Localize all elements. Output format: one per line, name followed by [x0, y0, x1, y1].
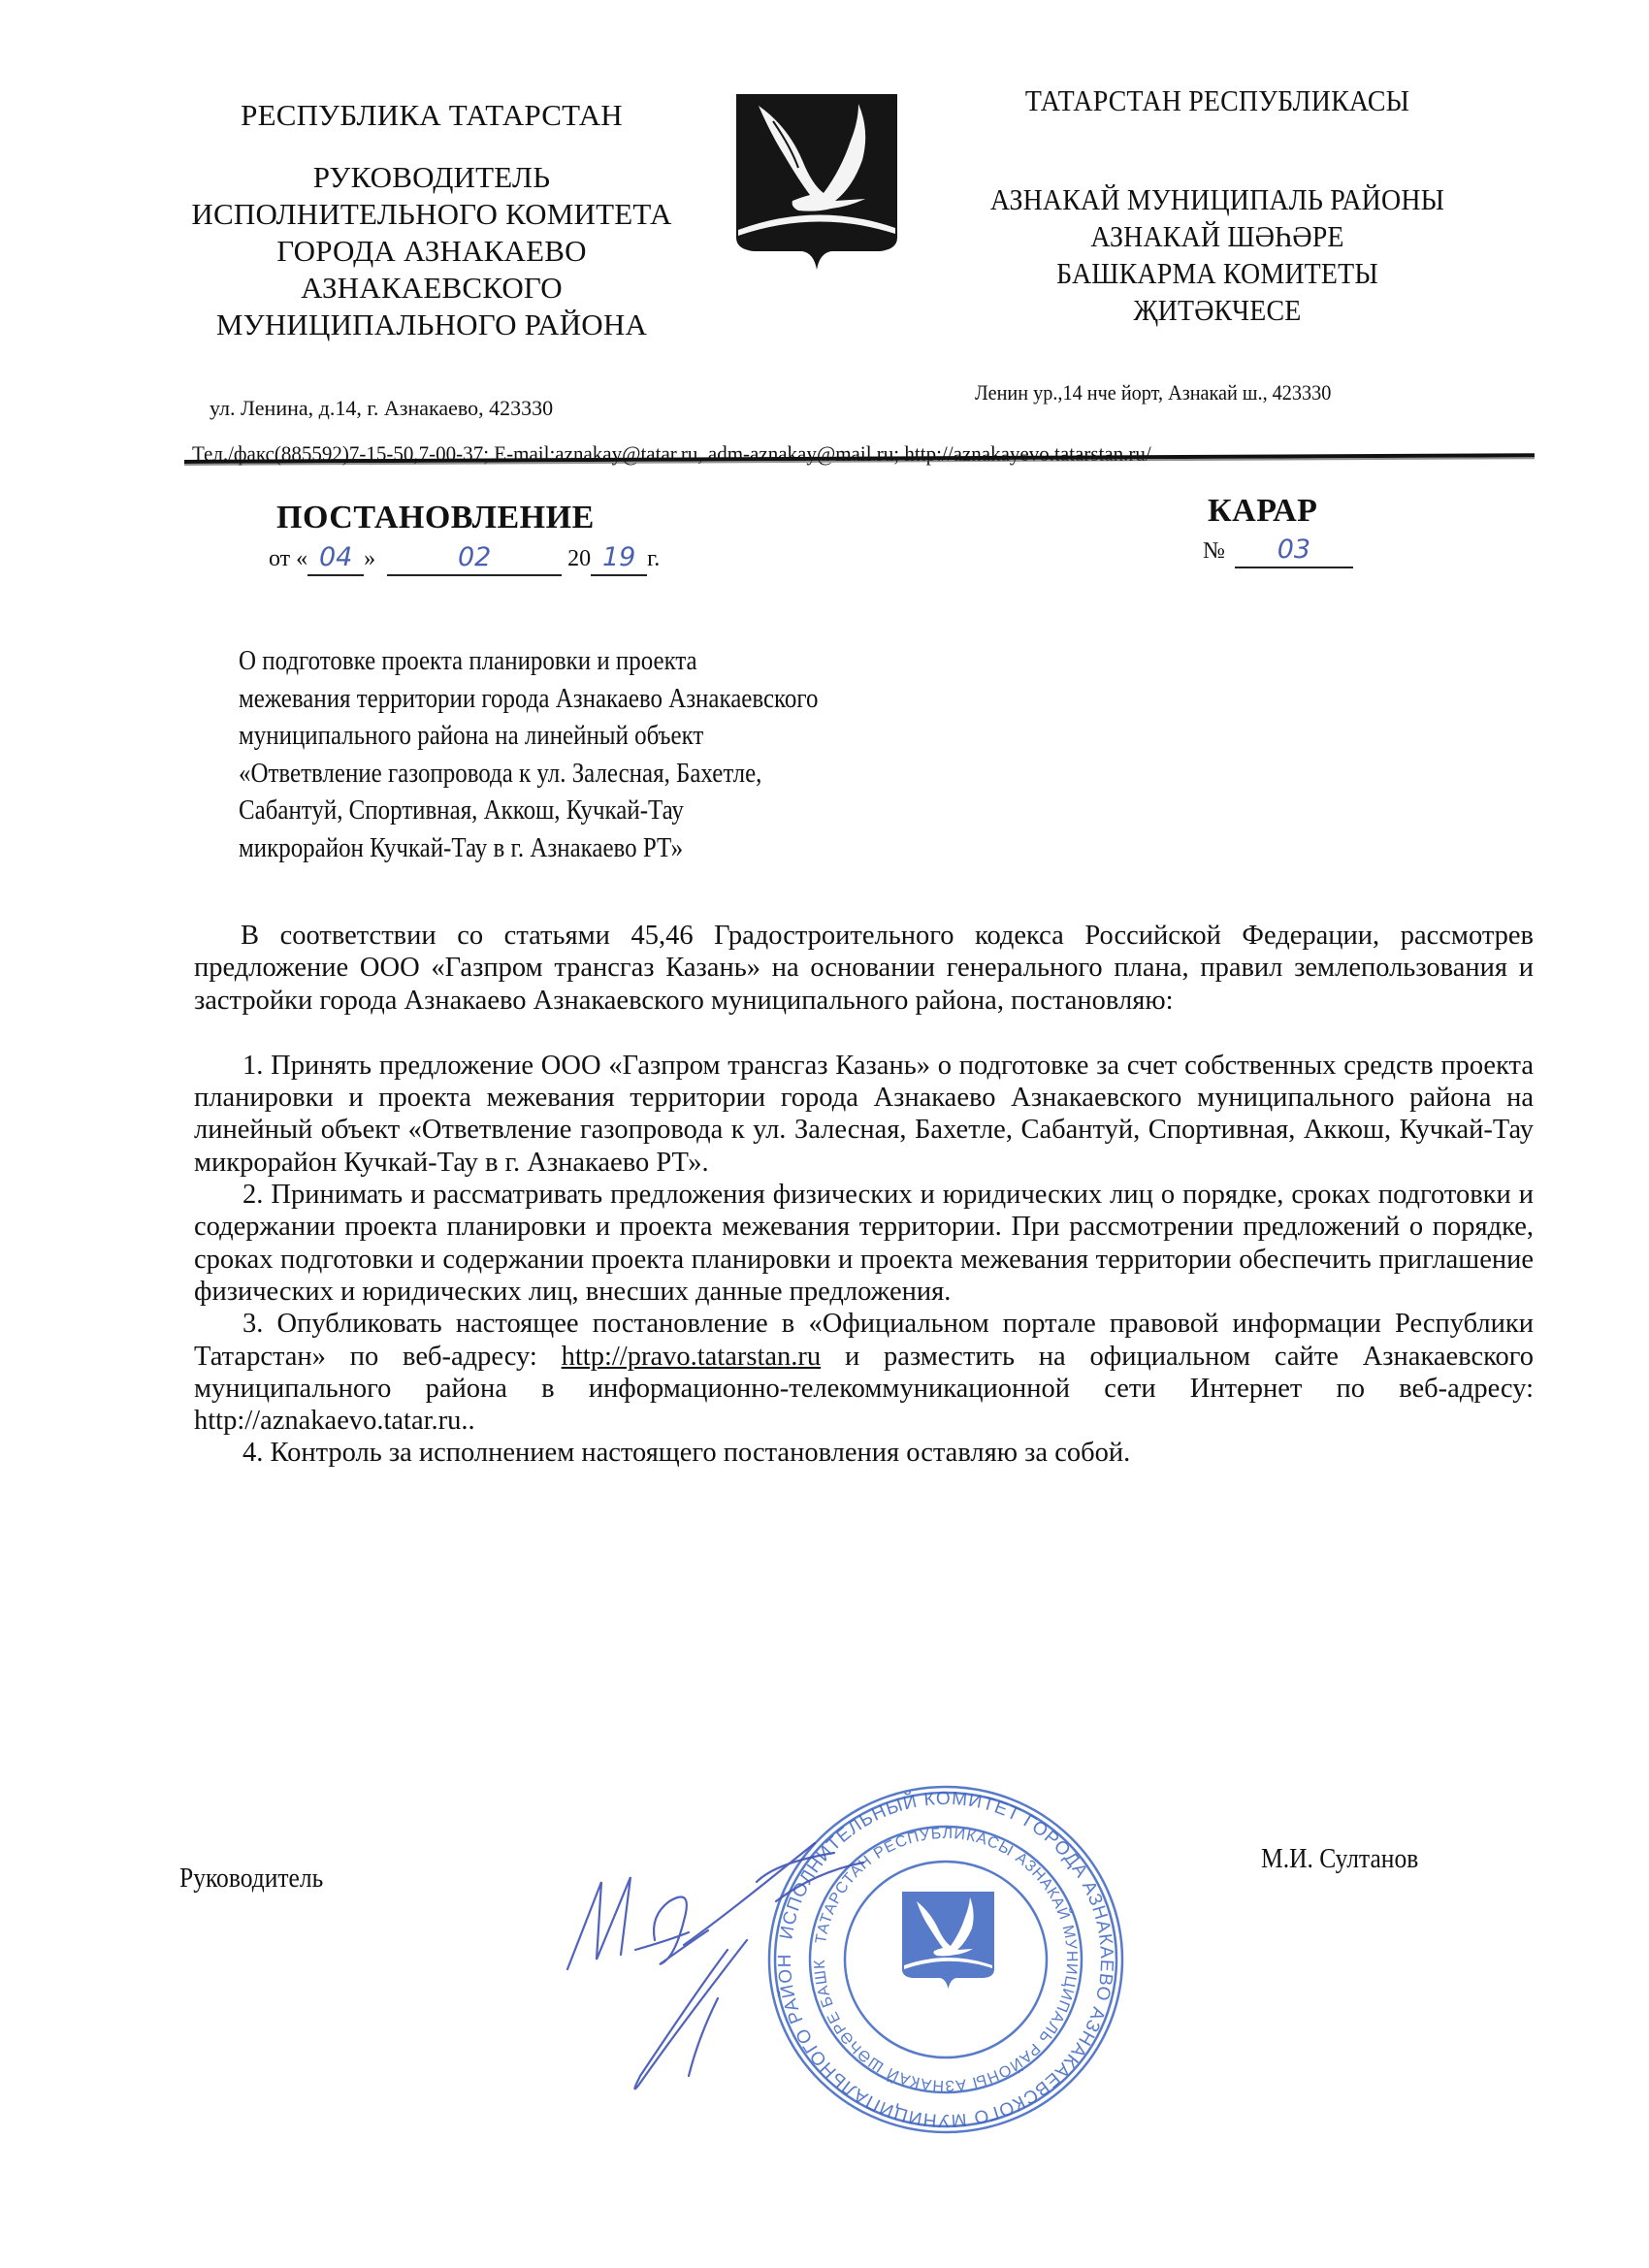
signatory-position: Руководитель	[179, 1863, 323, 1895]
subject-line: муниципального района на линейный объект	[239, 717, 818, 755]
decree-subject: О подготовке проекта планировки и проект…	[239, 642, 818, 866]
date-year-field: 19	[591, 547, 647, 576]
date-mid: »	[364, 546, 375, 571]
header-left: РЕСПУБЛИКА ТАТАРСТАН РУКОВОДИТЕЛЬ ИСПОЛН…	[116, 97, 747, 343]
decree-type-ru: ПОСТАНОВЛЕНИЕ	[276, 500, 595, 536]
org-title-line-tt: БАШКАРМА КОМИТЕТЫ	[938, 255, 1497, 292]
date-year: 19	[602, 542, 635, 572]
handwritten-signature-icon	[524, 1824, 931, 2115]
date-day: 04	[319, 542, 352, 572]
org-title-line: РУКОВОДИТЕЛЬ	[116, 159, 747, 196]
header-right: ТАТАРСТАН РЕСПУБЛИКАСЫ АЗНАКАЙ МУНИЦИПАЛ…	[907, 82, 1528, 329]
item-1: 1. Принять предложение ООО «Газпром тран…	[194, 1050, 1534, 1179]
subject-line: Сабантуй, Спортивная, Аккош, Кучкай-Тау	[239, 792, 818, 829]
number-value: 03	[1277, 535, 1310, 565]
date-month-field: 02	[387, 547, 562, 576]
address-ru: ул. Ленина, д.14, г. Азнакаево, 423330	[210, 396, 553, 421]
date-day-field: 04	[307, 547, 364, 576]
decree-body: В соответствии со статьями 45,46 Градост…	[194, 920, 1534, 1470]
date-suffix: г.	[647, 546, 660, 571]
subject-line: О подготовке проекта планировки и проект…	[239, 642, 818, 680]
number-field: 03	[1235, 539, 1353, 568]
org-title-line: ИСПОЛНИТЕЛЬНОГО КОМИТЕТА	[116, 196, 747, 233]
decree-number: № 03	[1203, 538, 1353, 568]
decree-type-tt: КАРАР	[1208, 493, 1317, 530]
subject-line: микрорайон Кучкай-Тау в г. Азнакаево РТ»	[239, 829, 818, 867]
decree-date: от «04» 02 2019г.	[269, 546, 660, 576]
org-title-line: ГОРОДА АЗНАКАЕВО	[116, 233, 747, 270]
org-title-line-tt: ҖИТӘКЧЕСЕ	[938, 292, 1497, 329]
signatory-name: М.И. Султанов	[1261, 1843, 1418, 1875]
org-title-line: АЗНАКАЕВСКОГО	[116, 270, 747, 307]
number-label: №	[1203, 538, 1225, 564]
pravo-link[interactable]: http://pravo.tatarstan.ru	[562, 1342, 822, 1372]
date-prefix: от «	[269, 546, 307, 571]
item-4: 4. Контроль за исполнением настоящего по…	[194, 1437, 1534, 1469]
item-3: 3. Опубликовать настоящее постановление …	[194, 1308, 1534, 1437]
preamble: В соответствии со статьями 45,46 Градост…	[194, 920, 1534, 1017]
date-month: 02	[458, 542, 491, 572]
address-tt: Ленин ур.,14 нче йорт, Азнакай ш., 42333…	[975, 380, 1331, 405]
item-2: 2. Принимать и рассматривать предложения…	[194, 1179, 1534, 1308]
org-title-line-tt: АЗНАКАЙ МУНИЦИПАЛЬ РАЙОНЫ	[938, 181, 1497, 218]
subject-line: межевания территории города Азнакаево Аз…	[239, 680, 818, 718]
org-title-line: МУНИЦИПАЛЬНОГО РАЙОНА	[116, 307, 747, 343]
coat-of-arms-icon	[734, 92, 899, 272]
republic-name-ru: РЕСПУБЛИКА ТАТАРСТАН	[116, 97, 747, 134]
republic-name-tt: ТАТАРСТАН РЕСПУБЛИКАСЫ	[938, 82, 1497, 119]
subject-line: «Ответвление газопровода к ул. Залесная,…	[239, 755, 818, 793]
date-year-prefix: 20	[567, 546, 591, 571]
org-title-line-tt: АЗНАКАЙ ШӘҺӘРЕ	[938, 218, 1497, 255]
